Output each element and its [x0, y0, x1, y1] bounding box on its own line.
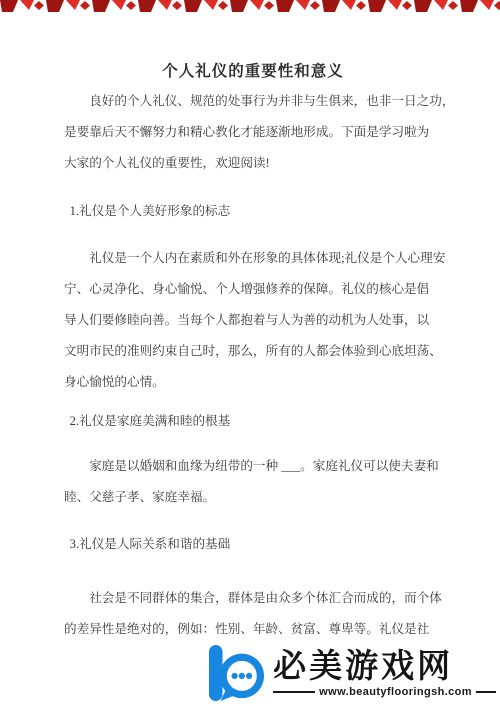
section-heading-2: 2.礼仪是家庭美满和睦的根基	[64, 406, 442, 437]
intro-paragraph: 良好的个人礼仪、规范的处事行为并非与生俱来，也非一日之功， 是要靠后天不懈努力和…	[64, 86, 442, 179]
section-2-paragraph: 家庭是以婚姻和血缘为纽带的一种 ___。家庭礼仪可以使夫妻和 睦、父慈子孝、家庭…	[64, 451, 442, 513]
url-left-dash	[273, 691, 315, 693]
page-title: 个人礼仪的重要性和意义	[64, 60, 442, 84]
section-heading-3: 3.礼仪是人际关系和谐的基础	[64, 529, 442, 560]
document-page: { "page": { "background": "#ffffff", "to…	[0, 0, 500, 708]
section-heading-1: 1.礼仪是个人美好形象的标志	[64, 196, 442, 227]
site-url-row: www.beautyflooringsh.com	[273, 686, 496, 698]
site-watermark: 必美游戏网 www.beautyflooringsh.com	[208, 644, 496, 702]
url-right-dash	[476, 691, 496, 693]
site-name: 必美游戏网	[273, 649, 496, 685]
section-1-paragraph: 礼仪是一个人内在素质和外在形象的具体体现;礼仪是个人心理安 宁、心灵净化、身心愉…	[64, 243, 442, 398]
site-url: www.beautyflooringsh.com	[315, 686, 476, 698]
chat-bubble-b-icon	[208, 644, 266, 702]
watermark-text: 必美游戏网 www.beautyflooringsh.com	[273, 649, 496, 698]
document-body: 个人礼仪的重要性和意义 良好的个人礼仪、规范的处事行为并非与生俱来，也非一日之功…	[64, 0, 442, 645]
section-3-paragraph: 社会是不同群体的集合，群体是由众多个体汇合而成的，而个体 的差异性是绝对的，例如…	[64, 583, 442, 645]
